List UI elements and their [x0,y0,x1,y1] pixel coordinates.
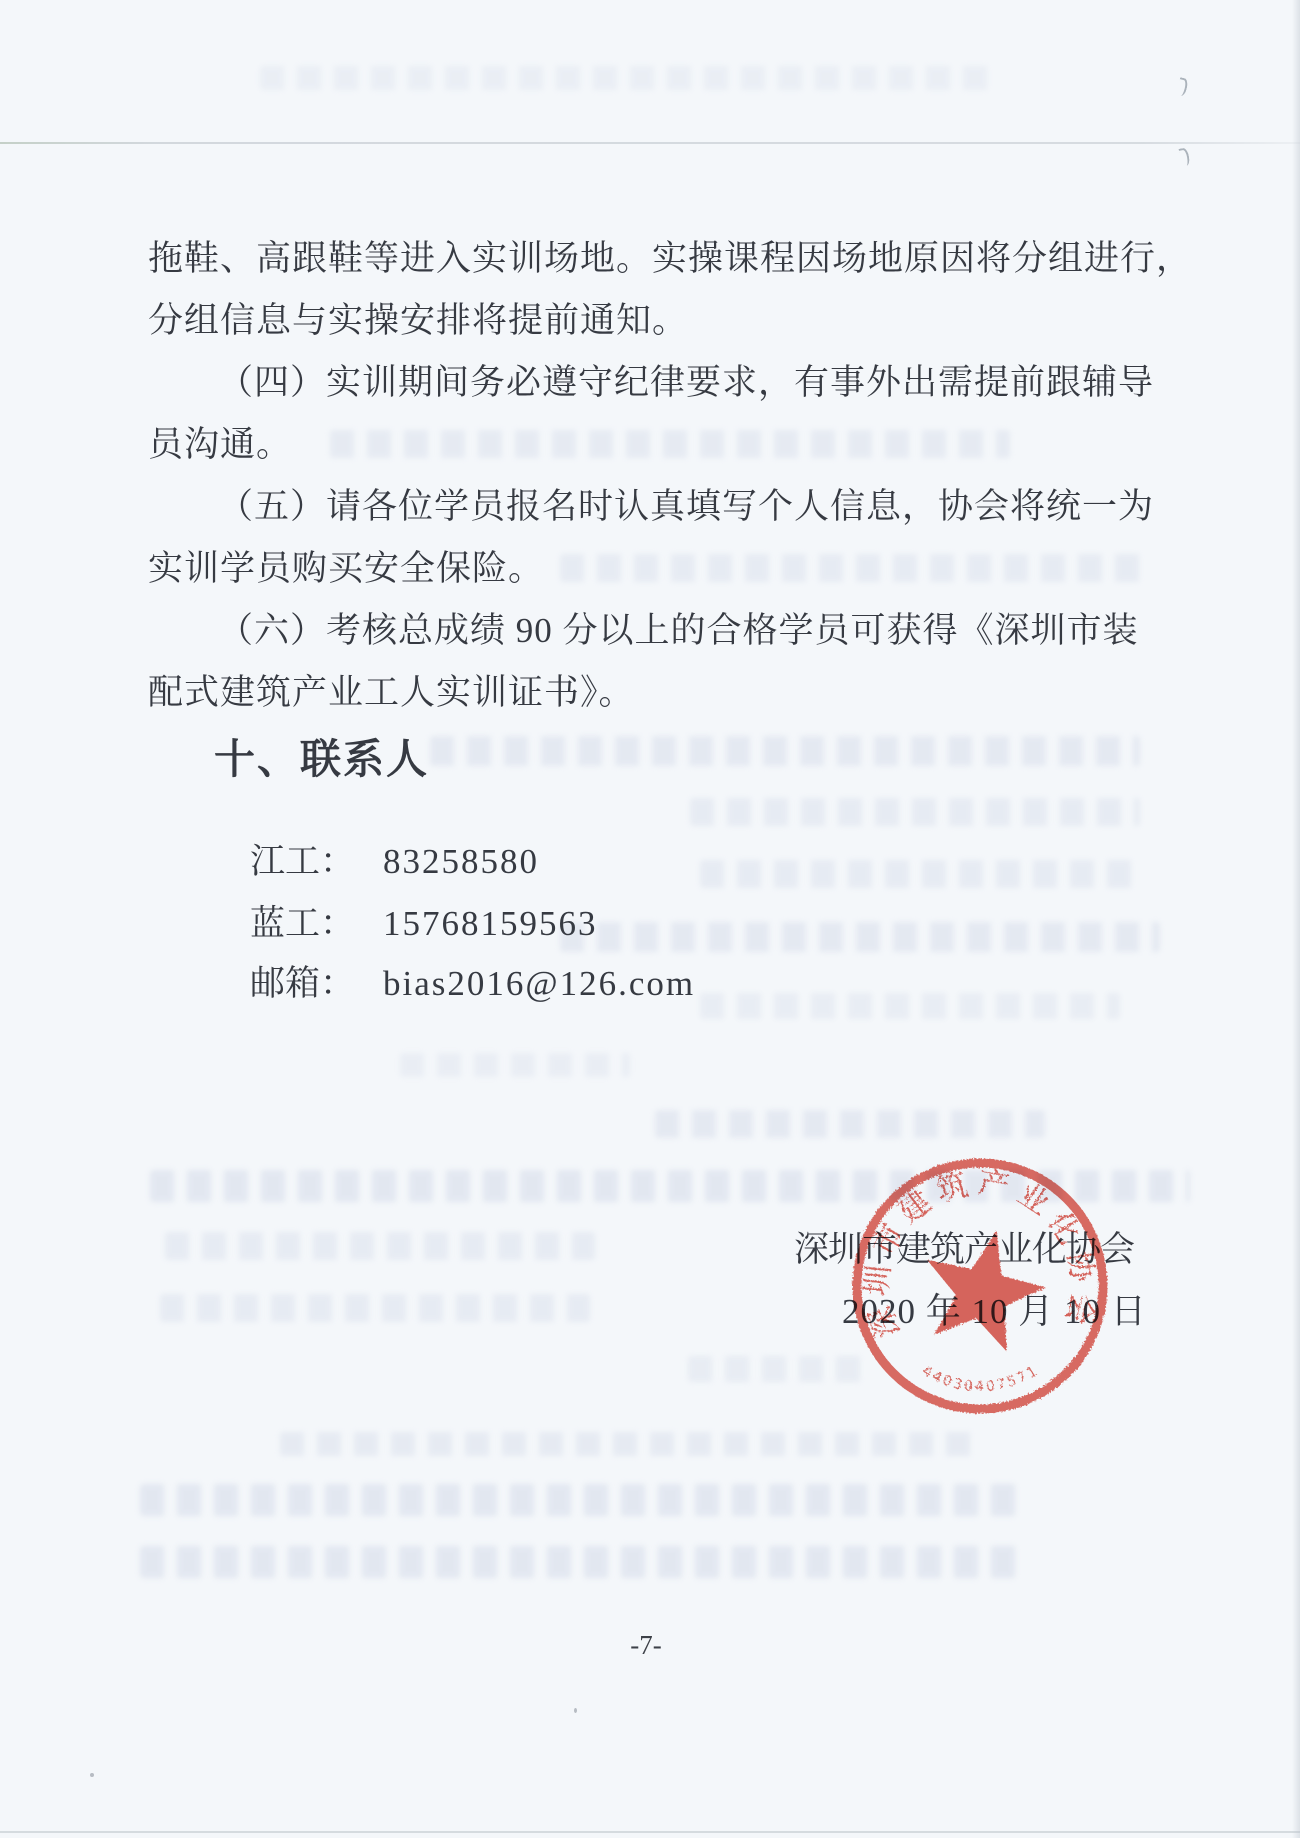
bleed-through-row [140,1546,1020,1578]
body-line: 配式建筑产业工人实训证书》。 [148,670,1160,716]
bleed-through-row [690,798,1140,826]
body-line: （六）考核总成绩 90 分以上的合格学员可获得《深圳市装 [148,608,1230,654]
scan-pen-mark [1176,77,1189,97]
scan-edge-shadow [1292,0,1300,1838]
contact-label: 邮箱： [250,964,355,1003]
svg-text:深圳市建筑产业化协会: 深圳市建筑产业化协会 [846,1152,1108,1366]
bleed-through-row [160,1294,590,1322]
scan-artifact-line [0,142,1300,144]
bleed-through-row [280,1432,980,1456]
body-line: 分组信息与实操安排将提前通知。 [148,298,1160,344]
page-number: -7- [598,1630,694,1661]
contact-line: 邮箱：bias2016@126.com [215,916,695,1046]
official-seal: 深圳市建筑产业化协会 4403040757135 [846,1152,1114,1420]
scan-speck [90,1773,94,1777]
body-line: （四）实训期间务必遵守纪律要求，有事外出需提前跟辅导 [148,360,1230,406]
scan-speck [574,1708,577,1713]
body-line: 拖鞋、高跟鞋等进入实训场地。实操课程因场地原因将分组进行， [148,236,1160,282]
seal-star-icon [927,1231,1045,1352]
seal-graphic: 深圳市建筑产业化协会 4403040757135 [846,1152,1114,1420]
scanned-document-page: 拖鞋、高跟鞋等进入实训场地。实操课程因场地原因将分组进行， 分组信息与实操安排将… [0,0,1300,1838]
scan-artifact-line [0,1831,1300,1833]
bleed-through-row [655,1110,1045,1138]
body-line: （五）请各位学员报名时认真填写个人信息，协会将统一为 [148,484,1230,530]
body-line: 实训学员购买安全保险。 [148,546,1160,592]
contact-email: bias2016@126.com [383,964,695,1003]
bleed-through-row [260,66,1000,90]
bleed-through-row [165,1232,595,1260]
bleed-through-row [688,1356,863,1382]
bleed-through-row [700,993,1120,1019]
bleed-through-row [140,1484,1020,1516]
seal-ring-text: 深圳市建筑产业化协会 [846,1152,1108,1366]
bleed-through-row [400,1053,630,1077]
bleed-through-row [700,860,1140,888]
bleed-through-row [430,736,1140,766]
scan-pen-mark [1179,147,1191,166]
section-heading: 十、联系人 [214,726,429,785]
body-line: 员沟通。 [148,422,1160,468]
